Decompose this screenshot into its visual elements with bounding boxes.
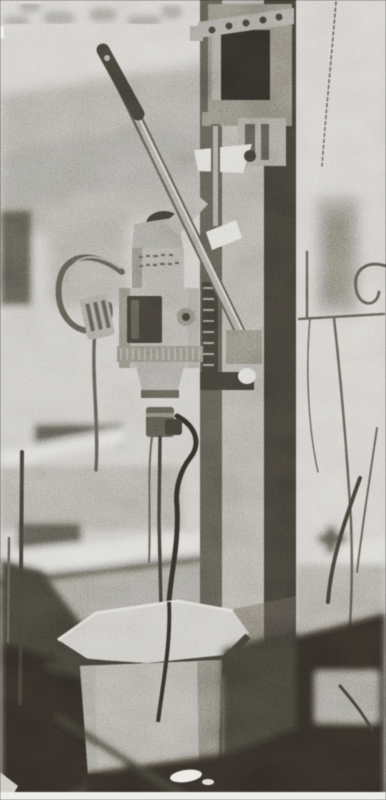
drill-press-photo [0, 0, 386, 800]
left-edge-nick [0, 26, 4, 38]
photo-canvas [0, 0, 386, 800]
bottom-print-margin [0, 792, 386, 800]
grain-fine-overlay [0, 0, 386, 800]
